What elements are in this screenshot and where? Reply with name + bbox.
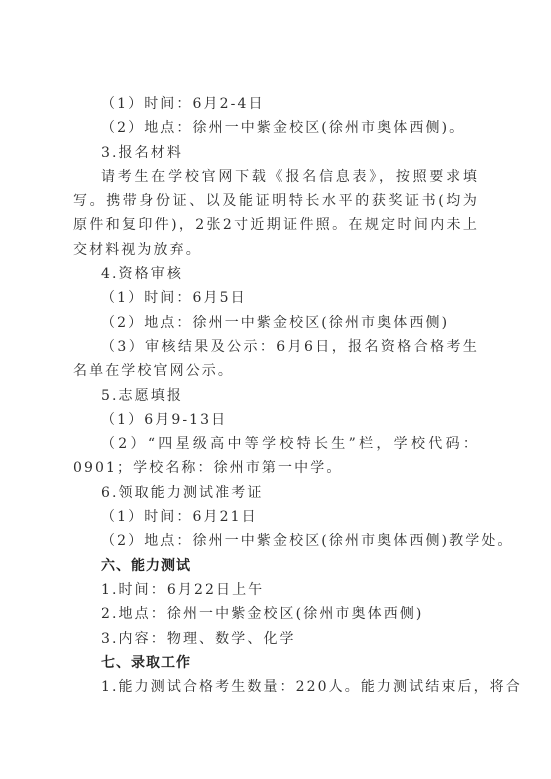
section-7-heading: 七、录取工作	[73, 651, 479, 675]
section-6-item: 1.时间：6月22日上午	[73, 578, 479, 602]
materials-body: 请考生在学校官网下载《报名信息表》，按照要求填写。携带身份证、以及能证明特长水平…	[73, 165, 479, 262]
section-6-item: 2.地点：徐州一中紫金校区(徐州市奥体西侧)	[73, 602, 479, 626]
materials-title: 3.报名材料	[73, 141, 479, 165]
volunteer-title: 5.志愿填报	[73, 384, 479, 408]
registration-place: （2）地点：徐州一中紫金校区(徐州市奥体西侧)。	[73, 116, 479, 140]
volunteer-column: （2）“四星级高中等学校特长生”栏，学校代码：0901；学校名称：徐州市第一中学…	[73, 432, 479, 481]
section-6-heading: 六、能力测试	[73, 554, 479, 578]
review-title: 4.资格审核	[73, 262, 479, 286]
review-place: （2）地点：徐州一中紫金校区(徐州市奥体西侧)	[73, 311, 479, 335]
review-time: （1）时间：6月5日	[73, 286, 479, 310]
document-page: （1）时间：6月2-4日 （2）地点：徐州一中紫金校区(徐州市奥体西侧)。 3.…	[0, 0, 551, 779]
ticket-title: 6.领取能力测试准考证	[73, 481, 479, 505]
volunteer-date: （1）6月9-13日	[73, 408, 479, 432]
registration-time: （1）时间：6月2-4日	[73, 92, 479, 116]
review-result: （3）审核结果及公示：6月6日，报名资格合格考生名单在学校官网公示。	[73, 335, 479, 384]
section-6-item: 3.内容：物理、数学、化学	[73, 627, 479, 651]
ticket-place: （2）地点：徐州一中紫金校区(徐州市奥体西侧)教学处。	[73, 529, 479, 553]
document-body: （1）时间：6月2-4日 （2）地点：徐州一中紫金校区(徐州市奥体西侧)。 3.…	[73, 92, 479, 699]
ticket-time: （1）时间：6月21日	[73, 505, 479, 529]
section-7-item: 1.能力测试合格考生数量：220人。能力测试结束后，将合	[73, 675, 479, 699]
